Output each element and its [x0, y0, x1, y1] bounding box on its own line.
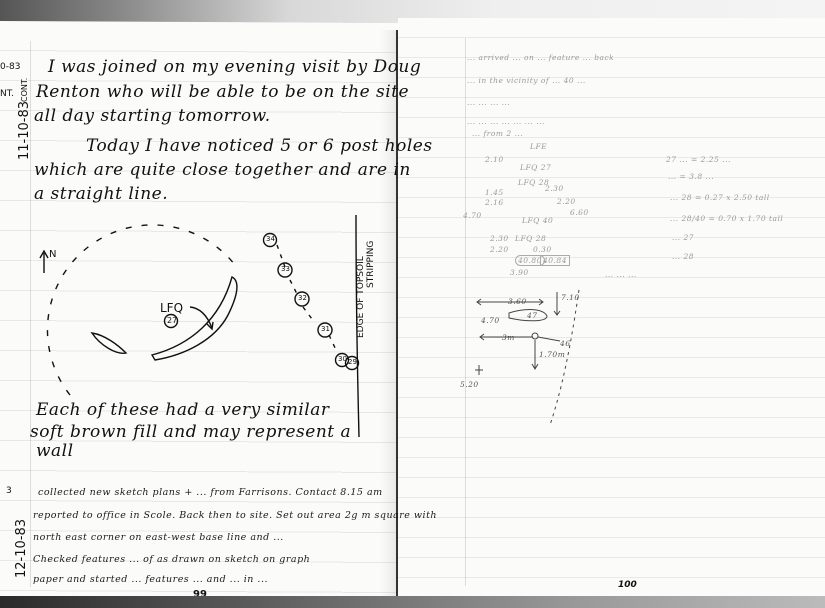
sketch-label: LFQ 28 — [515, 234, 546, 243]
margin-date-cut-bottom: 3 — [6, 486, 12, 496]
feature-sketch-2 — [455, 280, 605, 430]
post-hole-label: 29 — [348, 358, 357, 366]
sketch-label: 47 — [527, 311, 538, 320]
post-hole-label: 32 — [298, 294, 307, 302]
entry-line: which are quite close together and are i… — [34, 160, 411, 180]
feature-label: LFQ — [160, 301, 183, 315]
margin-cont-label: NT. — [0, 89, 14, 99]
entry-line: Renton who will be able to be on the sit… — [36, 82, 409, 102]
post-hole-label: 34 — [266, 235, 275, 243]
sketch-label: 4.70 — [463, 211, 482, 220]
sketch-label: 3.90 — [510, 268, 529, 277]
note-line: ... ... ... ... ... ... ... — [467, 117, 545, 126]
sketch-label: 1.70m — [539, 350, 565, 359]
sketch-label: 4.70 — [481, 316, 500, 325]
scan-bottom-edge — [0, 596, 825, 608]
topsoil-edge-label: EDGE OF TOPSOIL — [356, 256, 366, 338]
site-sketch — [0, 195, 400, 395]
sketch-label: 2.30 — [545, 184, 564, 193]
margin-date-11-10-83: 11-10-83 — [17, 101, 32, 160]
wall-feature-small — [92, 333, 126, 353]
topsoil-edge-label-2: STRIPPING — [366, 241, 376, 288]
entry-line: Today I have noticed 5 or 6 post holes — [86, 136, 433, 156]
entry-line: collected new sketch plans + ... from Fa… — [38, 487, 383, 498]
feature-number: 27 — [167, 316, 177, 325]
entry-line: Each of these had a very similar — [36, 400, 330, 420]
post-hole-label: 33 — [281, 265, 290, 273]
note-line: ... from 2 ... — [472, 129, 523, 138]
note-line: ... arrived ... on ... feature ... back — [467, 53, 614, 62]
entry-line: soft brown fill and may represent a — [30, 422, 351, 442]
margin-date-cut: 0-83 — [0, 62, 20, 72]
margin-cont-vertical: CONT. — [20, 78, 29, 102]
entry-line: north east corner on east-west base line… — [33, 532, 284, 543]
sketch-label: LFQ 40 — [522, 216, 553, 225]
sketch-label: 2.16 — [485, 198, 504, 207]
entry-line: wall — [36, 441, 74, 461]
list-item: ... 28 — [672, 252, 694, 261]
entry-line: I was joined on my evening visit by Doug — [48, 57, 421, 77]
list-footer: ... ... ... — [605, 270, 637, 279]
dashed-circle-outline — [47, 225, 235, 395]
sketch-label: 5.20 — [460, 380, 479, 389]
north-label: N — [49, 249, 56, 260]
post-hole-label: 31 — [321, 325, 330, 333]
entry-line: all day starting tomorrow. — [34, 106, 271, 126]
sketch-box: 40.84 — [540, 255, 570, 266]
entry-line: Checked features ... of as drawn on sket… — [33, 554, 310, 565]
sketch-label: 2.20 — [557, 197, 576, 206]
sketch-label: 0.30 — [533, 245, 552, 254]
sketch-label: 2.20 — [490, 245, 509, 254]
sketch-label: 2.30 — [490, 234, 509, 243]
sketch-label: 3m — [502, 333, 515, 342]
list-item: ... 28/40 = 0.70 x 1.70 tall — [670, 214, 783, 223]
entry-line: reported to office in Scole. Back then t… — [33, 510, 437, 521]
sketch-label: 1.45 — [485, 188, 504, 197]
sketch-label: LFE — [530, 142, 547, 151]
margin-date-12-10-83: 12-10-83 — [14, 519, 29, 578]
sketch-label: 3.60 — [508, 297, 527, 306]
sketch-label: 2.10 — [485, 155, 504, 164]
sketch-label: 7.10 — [561, 293, 580, 302]
note-line: ... ... ... ... — [467, 98, 510, 107]
note-line: ... in the vicinity of ... 40 ... — [467, 76, 586, 85]
entry-line: paper and started ... features ... and .… — [33, 574, 268, 585]
list-item: ... = 3.8 ... — [668, 172, 714, 181]
list-item: ... 27 — [672, 233, 694, 242]
sketch-label: 6.60 — [570, 208, 589, 217]
list-item: 27 ... = 2.25 ... — [666, 155, 731, 164]
sketch-label: 46 — [560, 339, 571, 348]
sketch-label: LFQ 27 — [520, 163, 551, 172]
page-number: 100 — [618, 580, 637, 590]
post-hole-label: 30 — [338, 355, 347, 363]
list-item: ... 28 = 0.27 x 2.50 tall — [670, 193, 770, 202]
